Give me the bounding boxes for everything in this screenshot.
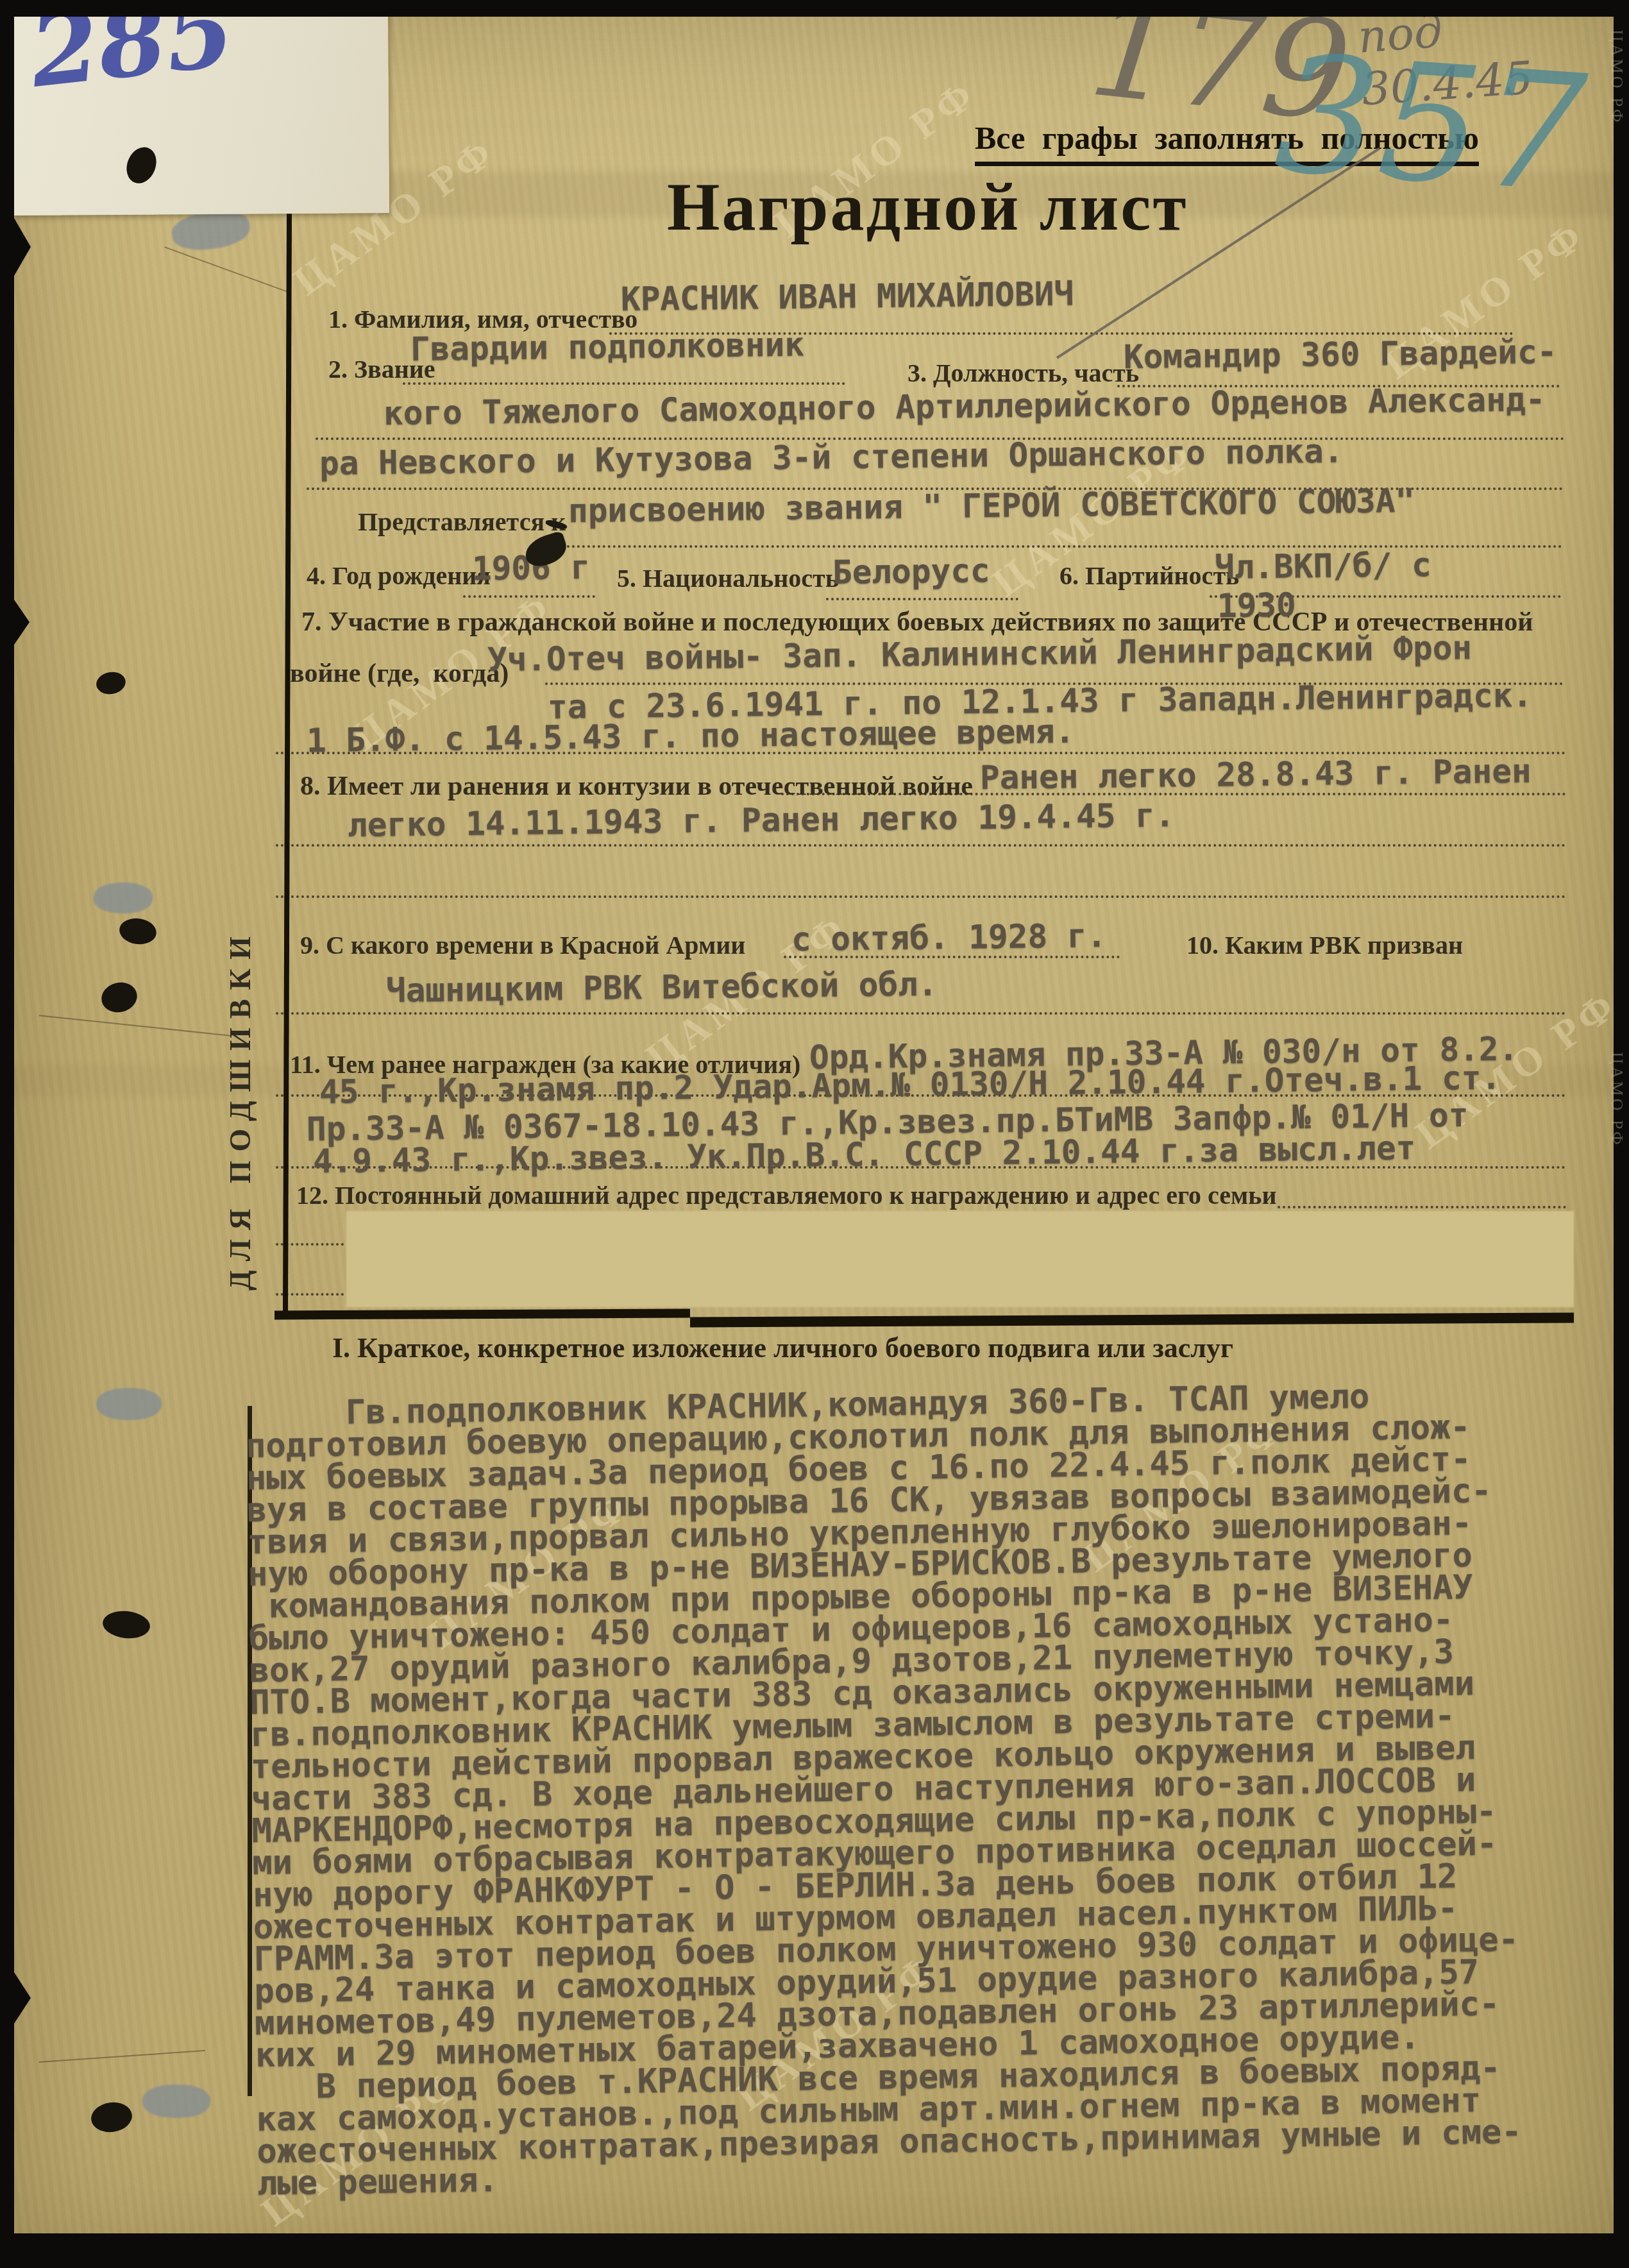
field-2-value: Гвардии подполковник: [410, 326, 805, 368]
ink-smudge: [142, 2085, 210, 2118]
field-1-value: КРАСНИК ИВАН МИХАЙЛОВИЧ: [621, 275, 1074, 319]
field-3-label: 3. Должность, часть: [907, 358, 1139, 388]
field-9-label: 9. С какого времени в Красной Армии: [300, 930, 745, 960]
section-divider: [274, 1309, 690, 1320]
field-6-value: Чл.ВКП/б/ с: [1215, 546, 1431, 587]
watermark-edge-text: ЦАМО РФ: [1607, 1052, 1626, 1147]
redacted-address-area: [346, 1211, 1574, 1307]
field-10-label: 10. Каким РВК призван: [1186, 930, 1463, 960]
ink-smudge: [96, 1388, 162, 1420]
document-title: Наградной лист: [667, 168, 1188, 246]
watermark-edge-text: ЦАМО РФ: [1607, 30, 1626, 125]
ink-smudge: [94, 883, 153, 913]
field-5-value: Белорусс: [832, 552, 990, 592]
field-8-label: 8. Имеет ли ранения и контузии в отечест…: [300, 771, 973, 802]
nomination-label: Представляется к: [358, 507, 566, 537]
field-4-label: 4. Год рождения: [307, 561, 491, 591]
scan-edge-bottom: [0, 2233, 1629, 2268]
filing-margin-label: ДЛЯ ПОДШИВКИ: [223, 747, 257, 1291]
punch-hole: [121, 143, 161, 188]
field-6-value-line2: 1930: [1217, 587, 1297, 625]
scanned-document: ЦАМО РФ ЦАМО РФ ЦАМО РФ ЦАМО РФ ЦАМО РФ …: [0, 0, 1629, 2268]
field-9-value: с октяб. 1928 г.: [791, 917, 1107, 959]
field-10-value: Чашницким РВК Витебской обл.: [386, 965, 938, 1010]
citation-text-block: Гв.подполковник КРАСНИК,командуя 360-Гв.…: [245, 1377, 1610, 2200]
archive-label-patch: 285: [12, 12, 389, 216]
field-5-label: 5. Национальность: [617, 563, 839, 593]
section-1-heading: I. Краткое, конкретное изложение личного…: [332, 1332, 1233, 1364]
field-6-label: 6. Партийность: [1059, 561, 1239, 591]
field-8-value-line1: Ранен легко 28.8.43 г. Ранен: [980, 752, 1532, 797]
field-12-label: 12. Постоянный домашний адрес представля…: [296, 1180, 1277, 1210]
field-3-value-line1: Командир 360 Гвардейс-: [1124, 334, 1557, 377]
registration-number-blue: 357: [1270, 21, 1591, 230]
scan-edge-top: [0, 0, 1629, 17]
field-7-label-line2: войне (где, когда): [290, 658, 509, 689]
scan-edge-left: [0, 0, 14, 2268]
